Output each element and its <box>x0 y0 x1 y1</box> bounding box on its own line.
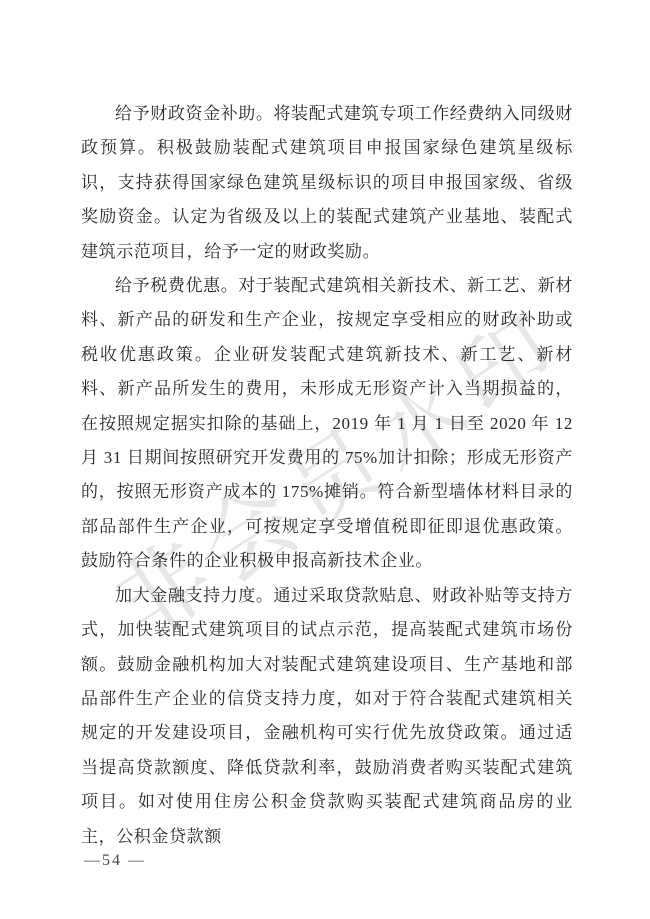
document-page: 非会员水印 给予财政资金补助。将装配式建筑专项工作经费纳入同级财政预算。积极鼓励… <box>0 0 650 919</box>
document-body: 给予财政资金补助。将装配式建筑专项工作经费纳入同级财政预算。积极鼓励装配式建筑项… <box>81 97 573 854</box>
paragraph-tax-incentives: 给予税费优惠。对于装配式建筑相关新技术、新工艺、新材料、新产品的研发和生产企业，… <box>81 269 573 579</box>
page-number: —54 — <box>84 852 146 870</box>
paragraph-financial-support: 加大金融支持力度。通过采取贷款贴息、财政补贴等支持方式，加快装配式建筑项目的试点… <box>81 579 573 854</box>
paragraph-fiscal-subsidy: 给予财政资金补助。将装配式建筑专项工作经费纳入同级财政预算。积极鼓励装配式建筑项… <box>81 97 573 269</box>
